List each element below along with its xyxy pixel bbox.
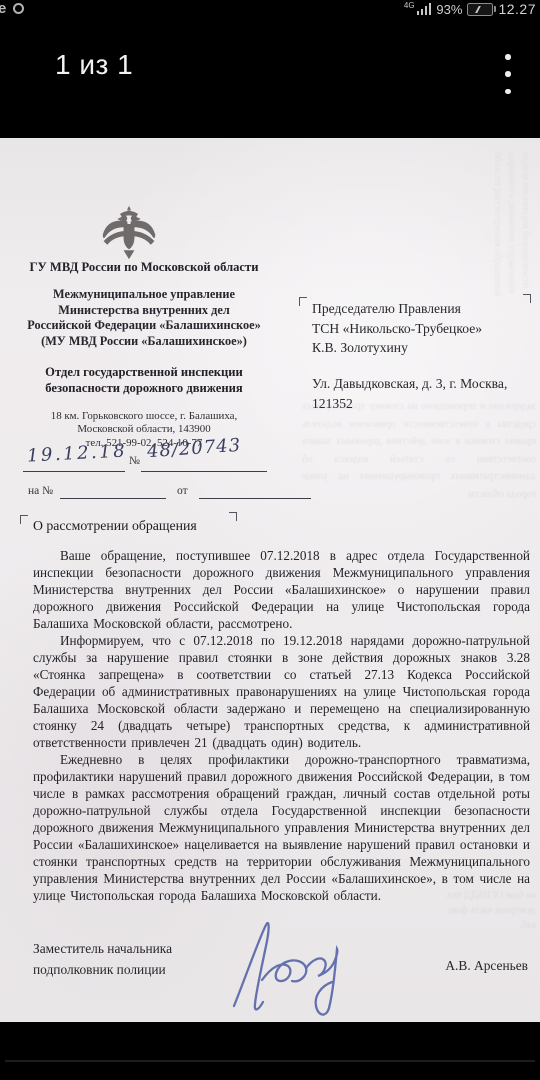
recipient-line: ТСН «Никольско-Трубецкое» — [312, 319, 528, 339]
org-line: (МУ МВД России «Балашихинское») — [8, 334, 280, 350]
signer-role-line: Заместитель начальника — [33, 939, 172, 960]
charging-bolt-icon — [476, 6, 488, 13]
date-underline — [23, 471, 125, 472]
reply-date-underline — [199, 498, 311, 499]
body-paragraph: Информируем, что с 07.12.2018 по 19.12.2… — [33, 632, 530, 751]
page-indicator: 1 из 1 — [55, 49, 133, 81]
bottom-bar — [0, 1022, 540, 1080]
battery-icon — [467, 3, 493, 16]
subject-line: О рассмотрении обращения — [33, 518, 197, 534]
letter-body: Ваше обращение, поступившее 07.12.2018 в… — [33, 547, 530, 904]
signer-role-line: подполковник полиции — [33, 960, 172, 981]
organization-name: Межмуниципальное управление Министерства… — [8, 287, 280, 349]
battery-percent-label: 93% — [436, 2, 462, 17]
status-time: 12.27 — [498, 1, 536, 17]
phone-screen: e 4G 93% 12.27 1 из 1 отдела инспекции б… — [0, 0, 540, 1080]
corner-bracket-right — [229, 512, 237, 521]
reply-from-label: от — [177, 485, 188, 497]
sender-address-line: 18 км. Горьковского шоссе, г. Балашиха, — [8, 410, 280, 423]
org-line: Российской Федерации «Балашихинское» — [8, 318, 280, 334]
overflow-menu-button[interactable] — [498, 54, 518, 94]
bleed-through-artifact: отдела инспекции безопасности дорожного … — [432, 152, 532, 322]
corner-bracket-left — [20, 515, 28, 524]
handwritten-signature — [220, 918, 352, 1022]
navigation-divider — [5, 1060, 535, 1062]
corner-bracket-left — [299, 297, 307, 306]
recipient-block: Председателю Правления ТСН «Никольско-Тр… — [312, 299, 528, 358]
org-line: Межмуниципальное управление — [8, 287, 280, 303]
number-underline — [141, 471, 267, 472]
signer-name: А.В. Арсеньев — [445, 958, 528, 974]
alarm-clock-icon — [13, 3, 24, 14]
recipient-line: К.В. Золотухину — [312, 338, 528, 358]
recipient-address-line: Ул. Давыдковская, д. 3, г. Москва, — [312, 374, 532, 394]
notification-letter-icon: e — [0, 0, 6, 17]
network-type-label: 4G — [404, 1, 415, 10]
viewer-header: 1 из 1 — [0, 20, 540, 138]
reply-number-underline — [60, 498, 166, 499]
department-name: Отдел государственной инспекции безопасн… — [8, 364, 280, 396]
dept-line: Отдел государственной инспекции — [8, 364, 280, 380]
bleed-through-artifact: задержано и перемещено на стоянку трансп… — [302, 398, 536, 530]
dept-line: безопасности дорожного движения — [8, 380, 280, 396]
status-bar: e 4G 93% 12.27 — [0, 0, 540, 20]
body-paragraph: Ежедневно в целях профилактики дорожно-т… — [33, 751, 530, 904]
recipient-address-line: 121352 — [312, 394, 532, 414]
mvd-eagle-emblem — [100, 204, 158, 262]
org-line: Министерства внутренних дел — [8, 303, 280, 319]
agency-title: ГУ МВД России по Московской области — [8, 260, 280, 275]
body-paragraph: Ваше обращение, поступившее 07.12.2018 в… — [33, 547, 530, 632]
signer-role: Заместитель начальника подполковник поли… — [33, 939, 172, 980]
document-page[interactable]: отдела инспекции безопасности дорожного … — [0, 138, 540, 1022]
signal-strength-icon — [417, 3, 432, 15]
recipient-address: Ул. Давыдковская, д. 3, г. Москва, 12135… — [312, 374, 532, 413]
recipient-line: Председателю Правления — [312, 299, 528, 319]
handwritten-date: 19.12.18 — [27, 440, 128, 466]
number-sign-label: № — [129, 455, 140, 467]
reply-to-number-label: на № — [28, 485, 53, 497]
